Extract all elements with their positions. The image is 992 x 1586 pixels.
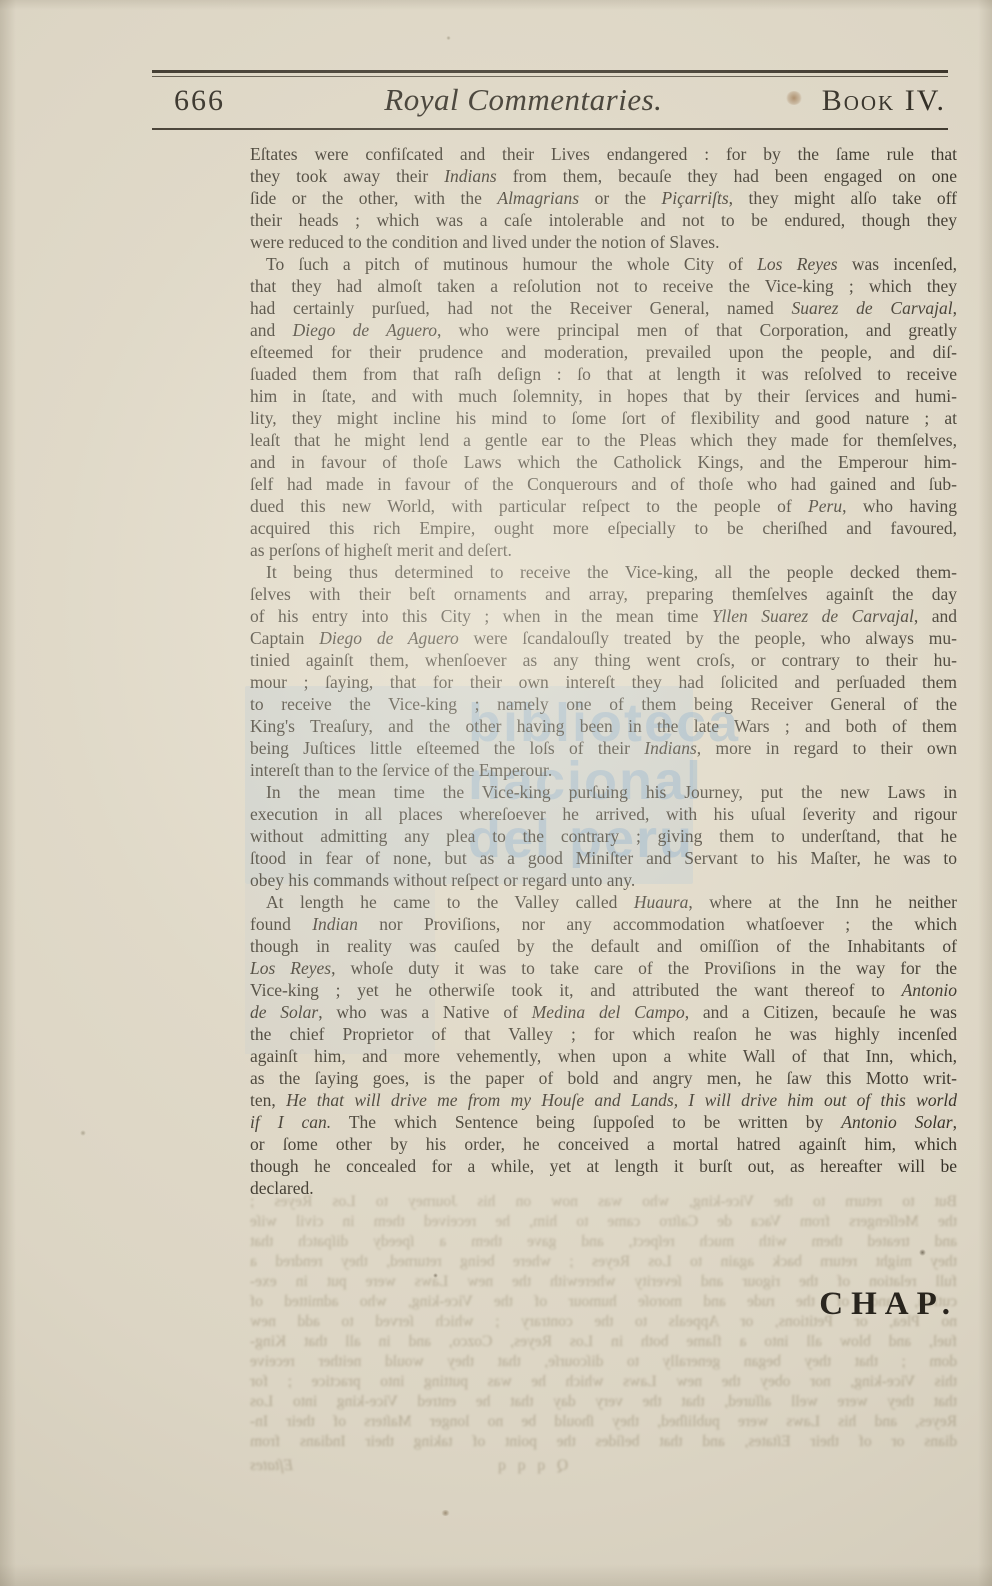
book-label: Book IV. [822, 84, 948, 118]
text-line: the chief Proprietor of that Valley ; fo… [250, 1023, 957, 1045]
text-line: tinied againſt them, whenſoever as any t… [250, 649, 957, 671]
running-header: 666 Royal Commentaries. Book IV. [152, 82, 948, 124]
bleedthrough-line: that they were well aſſured, that the ve… [250, 1392, 957, 1412]
text-line: and in favour of thoſe Laws which the Ca… [250, 451, 957, 473]
text-line: Los Reyes, whoſe duty it was to take car… [250, 957, 957, 979]
text-line: ſelf had made in favour of the Conquerou… [250, 473, 957, 495]
running-title: Royal Commentaries. [225, 82, 822, 118]
paragraph: Eſtates were confiſcated and their Lives… [250, 143, 957, 253]
foxing-spot [446, 36, 451, 40]
text-line: Captain Diego de Aguero were ſcandalouſl… [250, 627, 957, 649]
signature-mark: Q q q q [494, 1456, 568, 1476]
paragraph: At length he came to the Valley called H… [250, 891, 957, 1199]
header-rule-top [152, 70, 948, 73]
text-line: Vice-king ; yet he otherwiſe took it, an… [250, 979, 957, 1001]
text-line: that they had almoſt taken a reſolution … [250, 275, 957, 297]
text-line: to receive the Vice-king ; namely one of… [250, 693, 957, 715]
header-rule-top-thin [152, 76, 948, 77]
text-line: acquired this rich Empire, ought more eſ… [250, 517, 957, 539]
bleedthrough-line: they might return back again to Los Reye… [250, 1252, 957, 1272]
text-line: ſide or the other, with the Almagrians o… [250, 187, 957, 209]
text-line: againſt him, and more vehemently, when u… [250, 1045, 957, 1067]
text-line: without admitting any plea to the contra… [250, 825, 957, 847]
foxing-spot [441, 1510, 450, 1516]
text-line: execution in all places whereſoever he a… [250, 803, 957, 825]
text-line: of his entry into this City ; when in th… [250, 605, 957, 627]
bleedthrough-line: dians or of their Eſtates, and that beſi… [250, 1432, 957, 1452]
text-line: found Indian nor Proviſions, nor any acc… [250, 913, 957, 935]
bleedthrough-signature-row: Q q q q Eſtates [250, 1456, 957, 1478]
bleedthrough-line: and treated them with much reſpect, and … [250, 1232, 957, 1252]
text-line: ten, He that will drive me from my Houſe… [250, 1089, 957, 1111]
text-line: if I can. The which Sentence being ſuppo… [250, 1111, 957, 1133]
paragraph: To ſuch a pitch of mutinous humour the w… [250, 253, 957, 561]
text-line: had certainly purſued, had not the Recei… [250, 297, 957, 319]
text-line: they took away their Indians from them, … [250, 165, 957, 187]
text-line: or ſome other by his order, he conceived… [250, 1133, 957, 1155]
text-line: leaſt that he might lend a gentle ear to… [250, 429, 957, 451]
text-line: At length he came to the Valley called H… [250, 891, 957, 913]
text-line: obey his commands without reſpect or reg… [250, 869, 957, 891]
paragraph: It being thus determined to receive the … [250, 561, 957, 781]
book-page-scan: But to return to the Vice-king, who was … [0, 0, 992, 1586]
verso-catchword: Eſtates [250, 1456, 293, 1476]
foxing-spot [80, 1130, 86, 1136]
text-line: mour ; ſaying, that for their own intere… [250, 671, 957, 693]
text-line: In the mean time the Vice-king purſuing … [250, 781, 957, 803]
text-line: ſelves with their beſt ornaments and arr… [250, 583, 957, 605]
text-line: lity, they might incline his mind to ſom… [250, 407, 957, 429]
page-number: 666 [152, 84, 225, 118]
text-line: being Juſtices little eſteemed the loſs … [250, 737, 957, 759]
body-text: Eſtates were confiſcated and their Lives… [250, 143, 957, 1199]
text-line: declared. [250, 1177, 957, 1199]
text-line: It being thus determined to receive the … [250, 561, 957, 583]
bleedthrough-line: this Vice-king, nor obey the new Laws wh… [250, 1372, 957, 1392]
text-line: as the ſaying goes, is the paper of bold… [250, 1067, 957, 1089]
text-line: King's Treaſury, and the other having be… [250, 715, 957, 737]
text-line: intereſt than to the ſervice of the Empe… [250, 759, 957, 781]
bleedthrough-text: But to return to the Vice-king, who was … [250, 1192, 957, 1478]
text-line: though in reality was cauſed by the defa… [250, 935, 957, 957]
bleedthrough-line: fuel, and blow all into a flame both in … [250, 1332, 957, 1352]
text-line: him in ſtate, and with much ſolemnity, i… [250, 385, 957, 407]
text-line: Eſtates were confiſcated and their Lives… [250, 143, 957, 165]
text-line: were reduced to the condition and lived … [250, 231, 957, 253]
text-line: eſteemed for their prudence and moderati… [250, 341, 957, 363]
text-line: their heads ; which was a caſe intolerab… [250, 209, 957, 231]
text-line: though he concealed for a while, yet at … [250, 1155, 957, 1177]
text-line: ſtood in fear of none, but as a good Min… [250, 847, 957, 869]
text-line: dued this new World, with particular reſ… [250, 495, 957, 517]
bleedthrough-line: the Meſſengers from Vaca de Caſtro came … [250, 1212, 957, 1232]
text-line: as perſons of higheſt merit and deſert. [250, 539, 957, 561]
text-line: and Diego de Aguero, who were principal … [250, 319, 957, 341]
text-line: To ſuch a pitch of mutinous humour the w… [250, 253, 957, 275]
text-line: ſuaded them from that raſh deſign : ſo t… [250, 363, 957, 385]
chapter-catchword: CHAP. [819, 1286, 958, 1323]
paragraph: In the mean time the Vice-king purſuing … [250, 781, 957, 891]
text-line: de Solar, who was a Native of Medina del… [250, 1001, 957, 1023]
header-rule-bottom [152, 128, 948, 130]
bleedthrough-line: dom ; that they began generally to diſco… [250, 1352, 957, 1372]
bleedthrough-line: Reyes, and his Laws were publiſhed, they… [250, 1412, 957, 1432]
